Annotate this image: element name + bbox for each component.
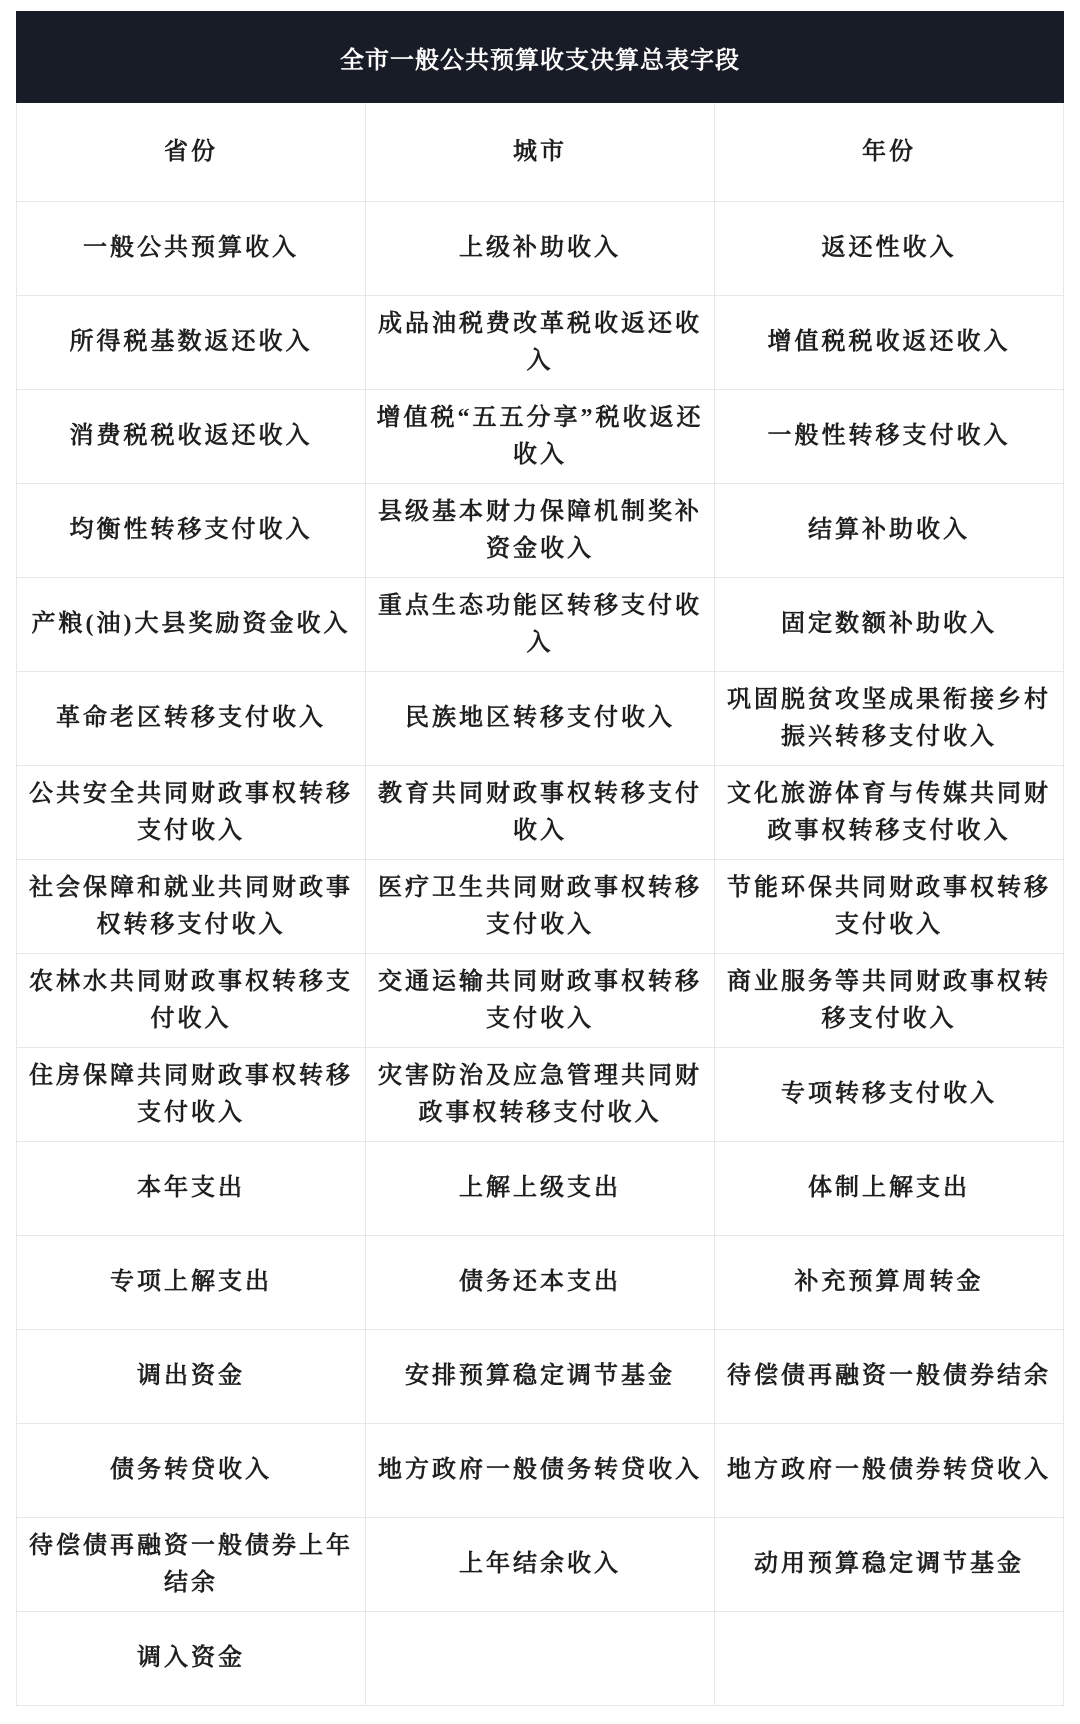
table-cell: 公共安全共同财政事权转移支付收入 [17,766,366,860]
table-row: 消费税税收返还收入 增值税“五五分享”税收返还收入 一般性转移支付收入 [17,390,1064,484]
table-cell: 固定数额补助收入 [715,578,1064,672]
table-row: 专项上解支出 债务还本支出 补充预算周转金 [17,1236,1064,1330]
table-cell: 灾害防治及应急管理共同财政事权转移支付收入 [366,1048,715,1142]
table-cell: 上解上级支出 [366,1142,715,1236]
table-row: 农林水共同财政事权转移支付收入 交通运输共同财政事权转移支付收入 商业服务等共同… [17,954,1064,1048]
table-row: 债务转贷收入 地方政府一般债务转贷收入 地方政府一般债券转贷收入 [17,1424,1064,1518]
table-cell: 文化旅游体育与传媒共同财政事权转移支付收入 [715,766,1064,860]
table-cell: 上年结余收入 [366,1518,715,1612]
table-cell: 专项上解支出 [17,1236,366,1330]
table-cell: 交通运输共同财政事权转移支付收入 [366,954,715,1048]
table-cell: 增值税税收返还收入 [715,296,1064,390]
table-cell: 教育共同财政事权转移支付收入 [366,766,715,860]
table-cell: 省份 [17,103,366,202]
table-row: 调入资金 [17,1612,1064,1706]
table-cell: 结算补助收入 [715,484,1064,578]
table-cell: 地方政府一般债券转贷收入 [715,1424,1064,1518]
table-cell: 调出资金 [17,1330,366,1424]
table-cell: 补充预算周转金 [715,1236,1064,1330]
table-cell: 上级补助收入 [366,202,715,296]
table-cell: 商业服务等共同财政事权转移支付收入 [715,954,1064,1048]
table-cell: 民族地区转移支付收入 [366,672,715,766]
table-cell: 农林水共同财政事权转移支付收入 [17,954,366,1048]
table-cell: 一般公共预算收入 [17,202,366,296]
table-cell [715,1612,1064,1706]
table-row: 社会保障和就业共同财政事权转移支付收入 医疗卫生共同财政事权转移支付收入 节能环… [17,860,1064,954]
table-cell: 本年支出 [17,1142,366,1236]
table-cell: 地方政府一般债务转贷收入 [366,1424,715,1518]
table-cell: 增值税“五五分享”税收返还收入 [366,390,715,484]
table-row: 产粮(油)大县奖励资金收入 重点生态功能区转移支付收入 固定数额补助收入 [17,578,1064,672]
table-row: 一般公共预算收入 上级补助收入 返还性收入 [17,202,1064,296]
table-cell [366,1612,715,1706]
table-cell: 返还性收入 [715,202,1064,296]
table-cell: 医疗卫生共同财政事权转移支付收入 [366,860,715,954]
table-title: 全市一般公共预算收支决算总表字段 [16,11,1064,103]
table-cell: 均衡性转移支付收入 [17,484,366,578]
table-cell: 体制上解支出 [715,1142,1064,1236]
table-cell: 待偿债再融资一般债券结余 [715,1330,1064,1424]
table-cell: 产粮(油)大县奖励资金收入 [17,578,366,672]
table-cell: 一般性转移支付收入 [715,390,1064,484]
table-cell: 革命老区转移支付收入 [17,672,366,766]
table-cell: 安排预算稳定调节基金 [366,1330,715,1424]
budget-fields-table: 全市一般公共预算收支决算总表字段 省份 城市 年份 一般公共预算收入 上级补助收… [16,11,1064,1706]
table-row: 革命老区转移支付收入 民族地区转移支付收入 巩固脱贫攻坚成果衔接乡村振兴转移支付… [17,672,1064,766]
table-cell: 巩固脱贫攻坚成果衔接乡村振兴转移支付收入 [715,672,1064,766]
table-cell: 住房保障共同财政事权转移支付收入 [17,1048,366,1142]
table-row: 省份 城市 年份 [17,103,1064,202]
table-cell: 专项转移支付收入 [715,1048,1064,1142]
table-row: 调出资金 安排预算稳定调节基金 待偿债再融资一般债券结余 [17,1330,1064,1424]
table-cell: 重点生态功能区转移支付收入 [366,578,715,672]
table-cell: 待偿债再融资一般债券上年结余 [17,1518,366,1612]
table-cell: 调入资金 [17,1612,366,1706]
table-row: 所得税基数返还收入 成品油税费改革税收返还收入 增值税税收返还收入 [17,296,1064,390]
table-cell: 债务还本支出 [366,1236,715,1330]
table-cell: 成品油税费改革税收返还收入 [366,296,715,390]
table-body: 省份 城市 年份 一般公共预算收入 上级补助收入 返还性收入 所得税基数返还收入… [16,103,1064,1706]
table-cell: 所得税基数返还收入 [17,296,366,390]
table-cell: 动用预算稳定调节基金 [715,1518,1064,1612]
table-cell: 债务转贷收入 [17,1424,366,1518]
table-row: 住房保障共同财政事权转移支付收入 灾害防治及应急管理共同财政事权转移支付收入 专… [17,1048,1064,1142]
table-row: 公共安全共同财政事权转移支付收入 教育共同财政事权转移支付收入 文化旅游体育与传… [17,766,1064,860]
table-cell: 社会保障和就业共同财政事权转移支付收入 [17,860,366,954]
table-cell: 年份 [715,103,1064,202]
table-cell: 消费税税收返还收入 [17,390,366,484]
table-cell: 城市 [366,103,715,202]
table-cell: 县级基本财力保障机制奖补资金收入 [366,484,715,578]
table-row: 待偿债再融资一般债券上年结余 上年结余收入 动用预算稳定调节基金 [17,1518,1064,1612]
table-cell: 节能环保共同财政事权转移支付收入 [715,860,1064,954]
table-row: 均衡性转移支付收入 县级基本财力保障机制奖补资金收入 结算补助收入 [17,484,1064,578]
table-row: 本年支出 上解上级支出 体制上解支出 [17,1142,1064,1236]
